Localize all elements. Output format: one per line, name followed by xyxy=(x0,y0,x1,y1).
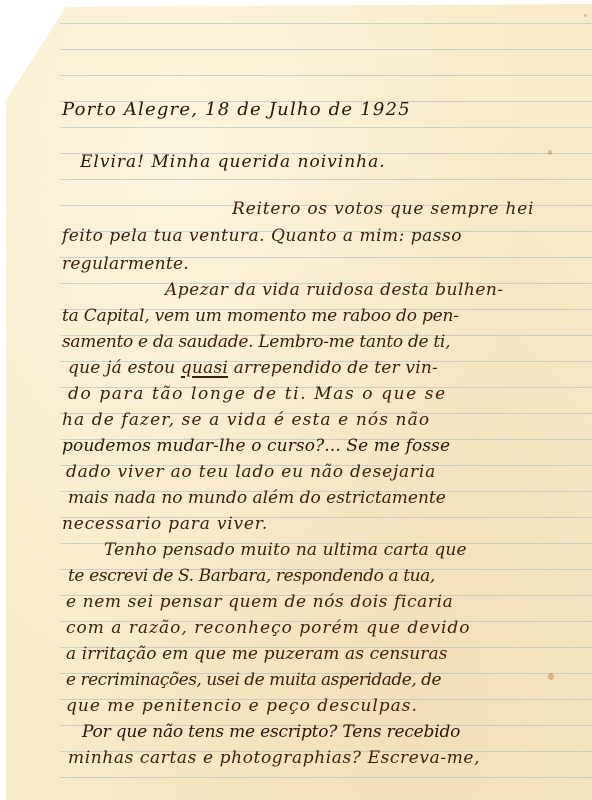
letter-line: do para tão longe de ti. Mas o que se xyxy=(68,384,447,404)
letter-line: mais nada no mundo além do estrictamente xyxy=(68,488,446,508)
letter-line: te escrevi de S. Barbara, respondendo a … xyxy=(68,566,435,586)
letter-line: Apezar da vida ruidosa desta bulhen- xyxy=(165,280,504,300)
letter-line: a irritação em que me puzeram as censura… xyxy=(66,644,448,664)
letter-line-text: que já estou xyxy=(68,358,181,378)
letter-line: que me penitencio e peço desculpas. xyxy=(66,696,418,716)
letter-line: que já estou quasi arrependido de ter vi… xyxy=(68,358,438,378)
letter-line: regularmente. xyxy=(62,254,189,274)
underlined-word: quasi xyxy=(181,358,228,378)
letter-line: ha de fazer, se a vida é esta e nós não xyxy=(62,410,430,430)
ink-stain xyxy=(548,150,552,155)
letter-line: Por que não tens me escripto? Tens receb… xyxy=(82,722,460,742)
letter-line: necessario para viver. xyxy=(62,514,268,534)
letter-line: e nem sei pensar quem de nós dois ficari… xyxy=(66,592,453,612)
letter-dateline: Porto Alegre, 18 de Julho de 1925 xyxy=(62,100,411,120)
letter-line: ta Capital, vem um momento me raboo do p… xyxy=(62,306,459,326)
ink-stain xyxy=(548,673,554,680)
letter-line: feito pela tua ventura. Quanto a mim: pa… xyxy=(62,226,462,246)
ink-stain xyxy=(584,14,587,17)
letter-line: Tenho pensado muito na ultima carta que xyxy=(104,540,467,560)
letter-line-text: arrependido de ter vin- xyxy=(228,358,438,378)
letter-line: samento e da saudade. Lembro-me tanto de… xyxy=(62,332,450,352)
letter-line: poudemos mudar-lhe o curso?... Se me fos… xyxy=(62,436,450,456)
letter-line: Reitero os votos que sempre hei xyxy=(232,199,534,219)
letter-line: e recriminações, usei de muita asperidad… xyxy=(66,670,441,690)
letter-line: dado viver ao teu lado eu não desejaria xyxy=(66,462,436,482)
letter-salutation: Elvira! Minha querida noivinha. xyxy=(80,152,386,172)
letter-line: com a razão, reconheço porém que devido xyxy=(66,618,471,638)
letter-line: minhas cartas e photographias? Escreva-m… xyxy=(68,748,480,768)
